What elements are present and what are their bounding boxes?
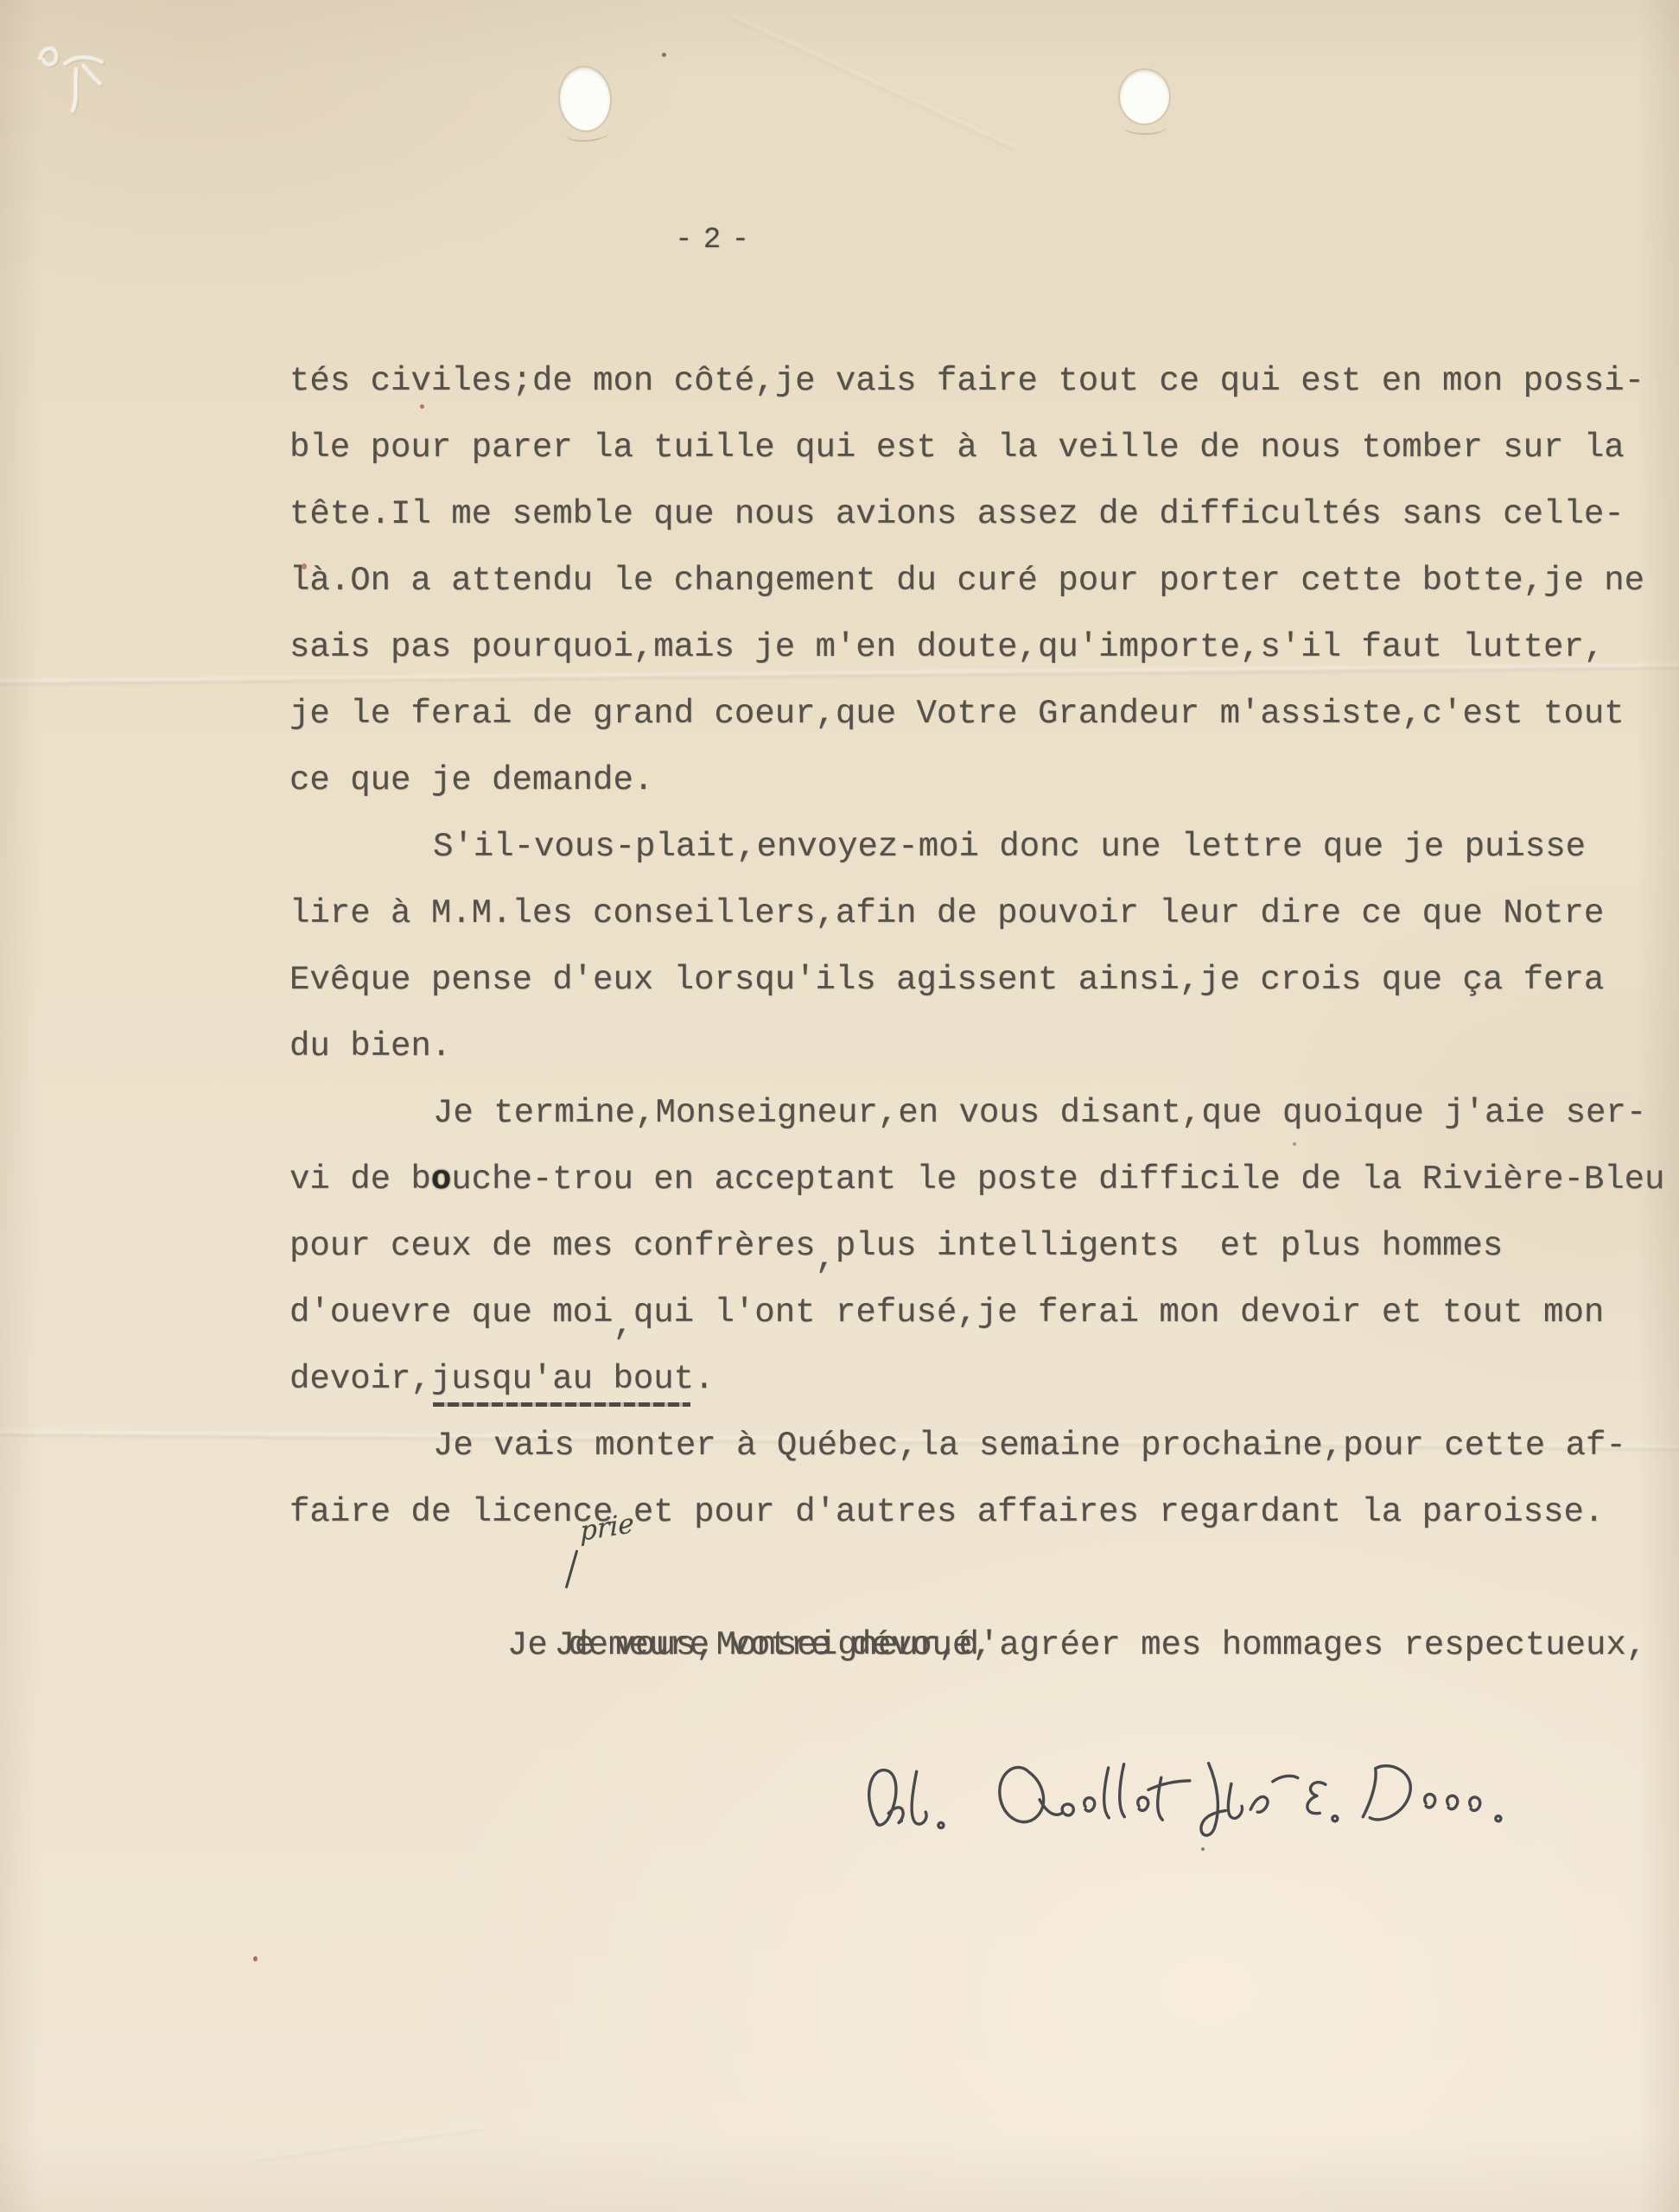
typed-line: pour ceux de mes confrères,plus intellig…	[289, 1213, 1679, 1280]
typed-text: lire à M.M.les conseillers,afin de pouvo…	[289, 894, 1604, 932]
typed-text: Je vais monter à Québec,la semaine proch…	[433, 1427, 1626, 1465]
fold-crease	[730, 14, 1014, 150]
typed-line-underlined: devoir,jusqu'au bout.	[289, 1346, 1679, 1413]
typed-text: sais pas pourquoi,mais je m'en doute,qu'…	[289, 628, 1604, 666]
typed-text: tête.Il me semble que nous avions assez …	[289, 495, 1625, 533]
typed-line: ble pour parer la tuille qui est à la ve…	[289, 415, 1679, 481]
embossed-mark	[24, 33, 154, 124]
typed-text: .	[694, 1360, 714, 1398]
typed-line: je le ferai de grand coeur,que Votre Gra…	[289, 681, 1679, 747]
page-number: - 2 -	[675, 207, 746, 274]
typed-line: d'ouevre que moi,qui l'ont refusé,je fer…	[289, 1280, 1679, 1346]
typed-text: qui l'ont refusé,je ferai mon devoir et …	[633, 1294, 1604, 1332]
typed-text: vi de b	[289, 1160, 431, 1198]
typed-line-overstruck: vi de bouche-trou en acceptant le poste …	[289, 1147, 1679, 1213]
typed-text: Je termine,Monseigneur,en vous disant,qu…	[433, 1094, 1646, 1132]
typed-text: Evêque pense d'eux lorsqu'ils agissent a…	[289, 961, 1604, 999]
signature	[850, 1727, 1509, 1864]
underlined-phrase: jusqu'au bout	[431, 1346, 694, 1413]
fold-crease	[251, 2125, 483, 2164]
typed-text: d'ouevre que moi	[289, 1294, 613, 1332]
typed-text: uche-trou en acceptant le poste difficil…	[451, 1160, 1664, 1198]
typed-text: devoir,	[289, 1360, 431, 1398]
typed-text: du bien.	[289, 1027, 451, 1065]
typed-line: du bien.	[289, 1014, 1679, 1080]
typed-text: plus intelligents et plus hommes	[836, 1227, 1503, 1265]
punch-hole-left	[558, 66, 613, 132]
typed-text: ble pour parer la tuille qui est à la ve…	[289, 429, 1625, 467]
typed-line: sais pas pourquoi,mais je m'en doute,qu'…	[289, 614, 1679, 681]
typed-text: ce que je demande.	[289, 761, 653, 799]
typed-text: S'il-vous-plait,envoyez-moi donc une let…	[433, 828, 1586, 866]
typed-line: Je demeure votre dévoué,	[289, 1612, 1679, 1679]
typed-line: ce que je demande.	[289, 747, 1679, 814]
typed-text: tés civiles;de mon côté,je vais faire to…	[289, 362, 1644, 400]
typed-text: pour ceux de mes confrères	[289, 1227, 816, 1265]
insertion-caret	[565, 1549, 579, 1588]
letter-page: - 2 - tés civiles;de mon côté,je vais fa…	[0, 0, 1679, 2212]
typed-line: là.On a attendu le changement du curé po…	[289, 548, 1679, 614]
overstruck-letter: o	[431, 1160, 451, 1198]
typed-line: S'il-vous-plait,envoyez-moi donc une let…	[289, 814, 1679, 880]
typed-line: lire à M.M.les conseillers,afin de pouvo…	[289, 880, 1679, 947]
typed-line: tête.Il me semble que nous avions assez …	[289, 481, 1679, 548]
typed-text: faire de licence et pour d'autres affair…	[289, 1493, 1604, 1531]
typed-line: Je vais monter à Québec,la semaine proch…	[289, 1413, 1679, 1479]
typed-line-with-insertion: Je vous,Monseigneur,d'agréer mes hommage…	[289, 1546, 1679, 1612]
typed-text: là.On a attendu le changement du curé po…	[289, 562, 1644, 600]
typed-text: je le ferai de grand coeur,que Votre Gra…	[289, 695, 1625, 733]
paper-speck	[662, 53, 666, 57]
letter-body: tés civiles;de mon côté,je vais faire to…	[289, 348, 1679, 1679]
typed-line: faire de licence et pour d'autres affair…	[289, 1479, 1679, 1546]
typed-line: Je termine,Monseigneur,en vous disant,qu…	[289, 1080, 1679, 1147]
typed-line: tés civiles;de mon côté,je vais faire to…	[289, 348, 1679, 415]
typed-text: Je demeure votre dévoué,	[507, 1626, 993, 1664]
fold-crease	[16, 285, 19, 838]
typed-line: Evêque pense d'eux lorsqu'ils agissent a…	[289, 947, 1679, 1014]
punch-hole-right	[1120, 70, 1169, 124]
paper-speck	[253, 1956, 258, 1961]
